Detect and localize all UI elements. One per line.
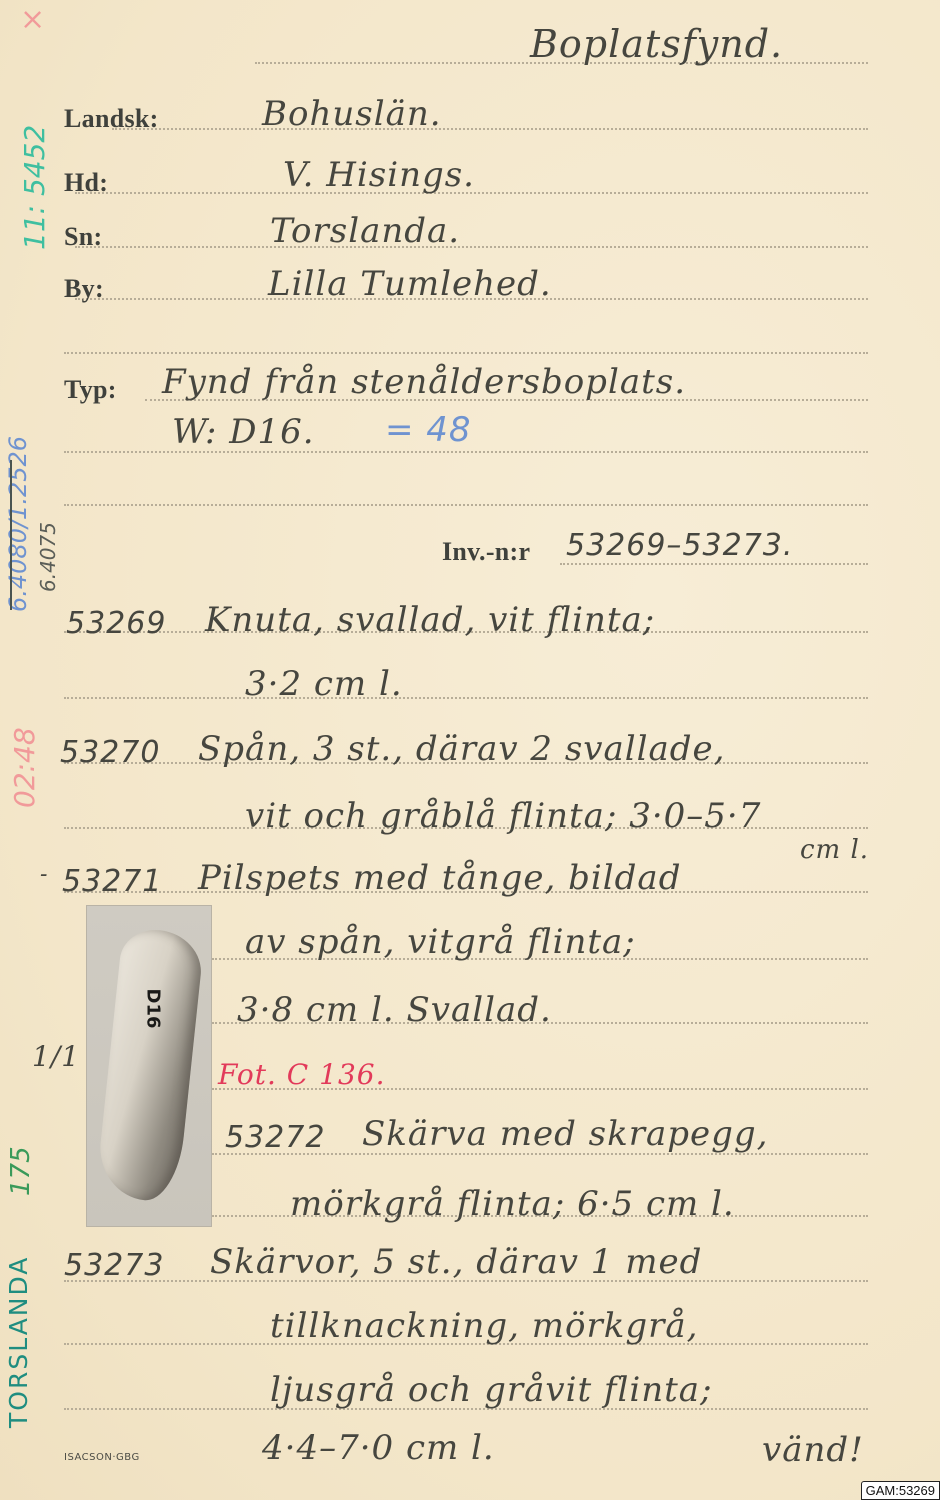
green-margin-note: 11: 5452 [18,125,51,250]
photo-caption: D16 [143,989,164,1029]
entry-number: 53273 [64,1248,164,1283]
gray-margin-note: 6.4075 [36,522,60,592]
printer-mark: ISACSON·GBG [64,1452,140,1463]
entry-text: 3·2 cm l. [245,664,403,704]
entry-text: vit och gråblå flinta; 3·0–5·7 [245,796,761,836]
rule [64,697,868,699]
catalog-id-label: GAM:53269 [861,1481,940,1500]
field-label-sn: Sn: [64,222,102,252]
typ-line-2: W: D16. [172,412,315,452]
entry-text: Knuta, svallad, vit flinta; [205,600,655,640]
field-value-sn: Torslanda. [270,211,460,251]
entry-text: mörkgrå flinta; 6·5 cm l. [290,1184,735,1224]
entry-number: 53269 [66,606,166,641]
entry-text: tillknackning, mörkgrå, [270,1306,698,1346]
entry-text: Skärvor, 5 st., därav 1 med [210,1242,702,1282]
category-heading: Boplatsfynd. [530,22,783,66]
field-value-by: Lilla Tumlehed. [268,264,552,304]
inventory-range: 53269–53273. [566,528,793,563]
catalog-card: Boplatsfynd. Landsk: Bohuslän. Hd: V. Hi… [0,0,940,1500]
blue-margin-note: 6.4080/1.2526 [4,436,32,612]
artifact-photo: D16 [86,905,212,1227]
rule [64,352,868,354]
entry-text: Spån, 3 st., därav 2 svallade, [198,729,725,769]
blue-note: = 48 [385,410,472,450]
inventory-label: Inv.-n:r [442,537,530,567]
field-label-landsk: Landsk: [64,104,159,134]
entry-text: Skärva med skrapegg, [362,1114,768,1154]
red-x-mark: × [20,2,46,37]
rule [560,563,868,565]
rule [75,246,868,248]
entry-text: ljusgrå och gråvit flinta; [270,1370,713,1410]
rule [112,128,868,130]
flint-arrowhead-image [95,926,205,1203]
field-label-hd: Hd: [64,168,108,198]
turn-over-note: vänd! [762,1430,864,1470]
entry-text: Pilspets med tånge, bildad [198,858,681,898]
dash-mark: - [40,862,48,887]
side-number: 175 [6,1146,36,1196]
photo-reference: Fot. C 136. [218,1058,385,1091]
field-label-by: By: [64,274,104,304]
pink-margin-note: 02:48 [8,727,41,808]
entry-number: 53271 [62,864,162,899]
typ-line-1: Fynd från stenåldersboplats. [162,362,686,402]
entry-text: av spån, vitgrå flinta; [245,922,636,962]
entry-text: 3·8 cm l. Svallad. [237,990,552,1030]
side-stamp: TORSLANDA [4,1256,33,1428]
field-value-hd: V. Hisings. [283,155,475,195]
photo-scale: 1/1 [32,1040,80,1073]
entry-text: 4·4–7·0 cm l. [262,1428,495,1468]
strike-line [10,460,12,610]
entry-text: cm l. [800,835,869,865]
typ-label: Typ: [64,375,117,405]
rule [64,504,868,506]
entry-number: 53272 [225,1120,325,1155]
entry-number: 53270 [60,735,160,770]
field-value-landsk: Bohuslän. [262,94,442,134]
